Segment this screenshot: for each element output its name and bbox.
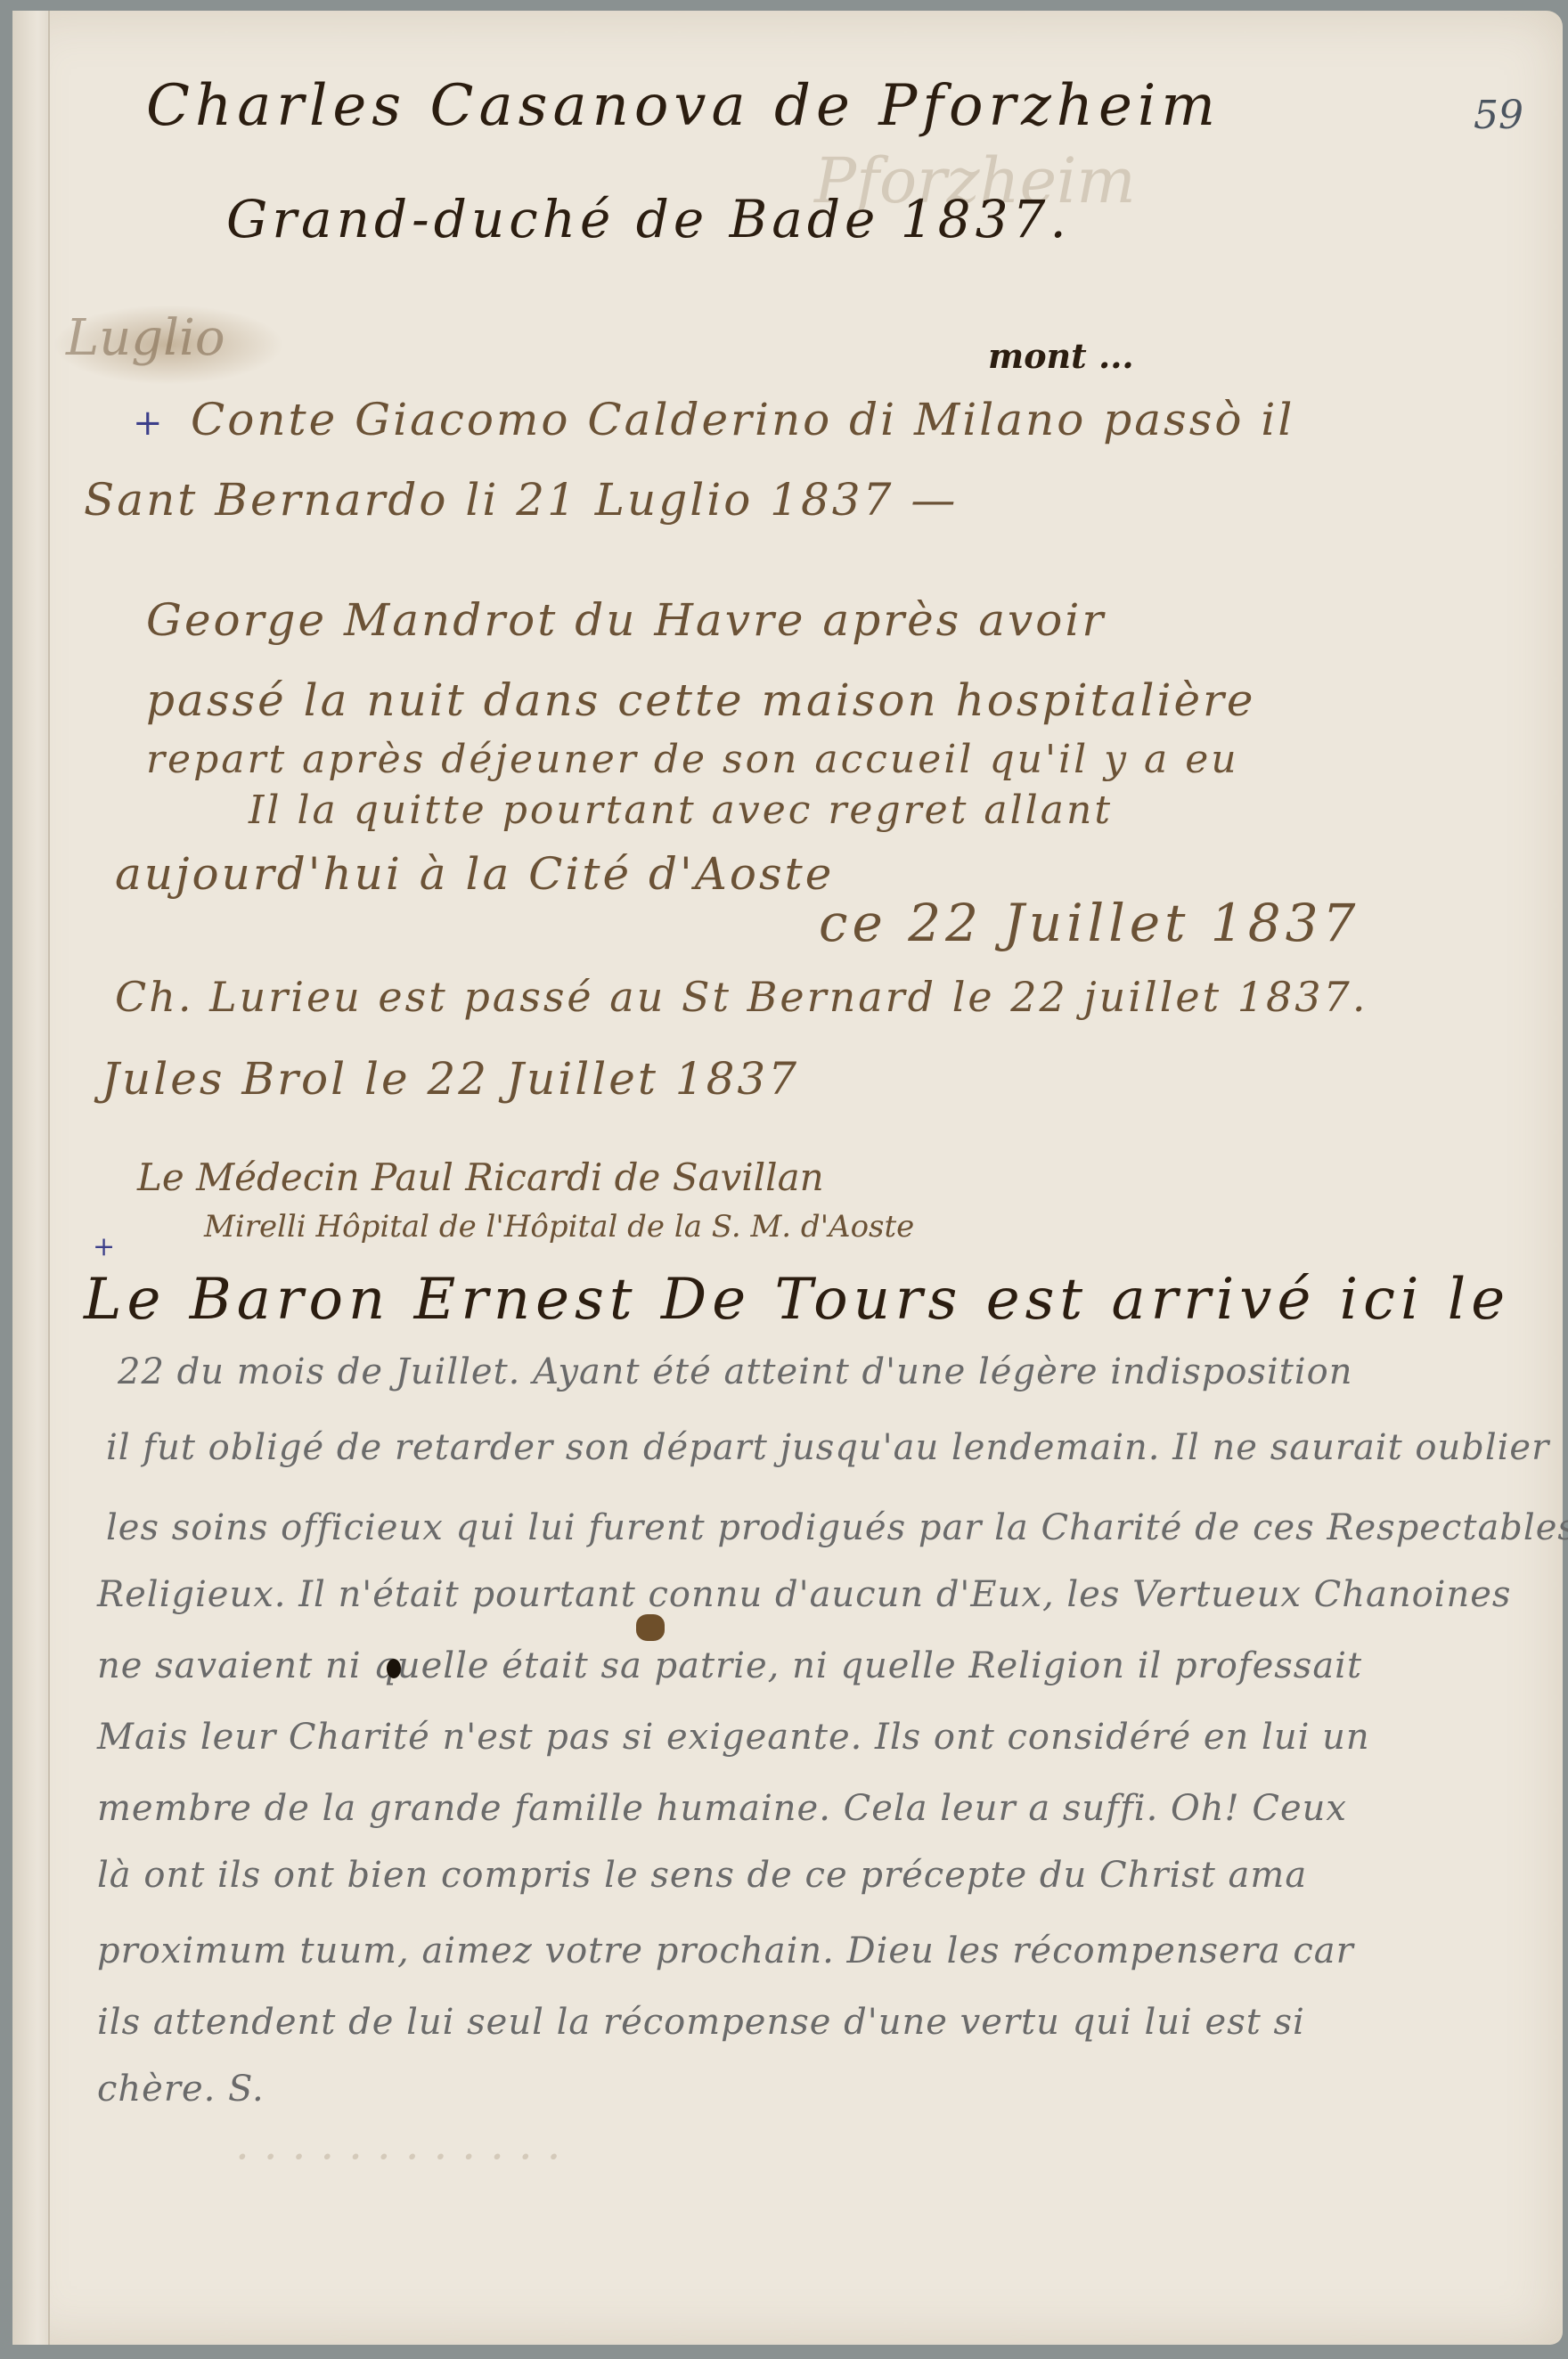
ink-blot — [387, 1659, 401, 1678]
entry-line: ne savaient ni quelle était sa patrie, n… — [97, 1645, 1362, 1686]
entry-line: Mirelli Hôpital de l'Hôpital de la S. M.… — [204, 1209, 914, 1245]
entry-line: il fut obligé de retarder son départ jus… — [106, 1427, 1549, 1468]
entry-line: Mais leur Charité n'est pas si exigeante… — [97, 1717, 1370, 1758]
entry-line: Il la quitte pourtant avec regret allant — [249, 788, 1113, 833]
entry-line: Le Médecin Paul Ricardi de Savillan — [137, 1155, 824, 1199]
faded-heading: Luglio — [66, 309, 225, 367]
entry-line: ils attendent de lui seul la récompense … — [97, 2002, 1305, 2043]
entry-line: Ch. Lurieu est passé au St Bernard le 22… — [115, 973, 1368, 1021]
cross-marker: + — [133, 403, 163, 444]
entry-line: membre de la grande famille humaine. Cel… — [97, 1788, 1347, 1829]
manuscript-page: Pforzheim · · · · · · · · · · · · 59 Cha… — [12, 11, 1563, 2345]
entry-line: Sant Bernardo li 21 Luglio 1837 — — [84, 474, 958, 526]
entry-line: Conte Giacomo Calderino di Milano passò … — [191, 394, 1294, 445]
cross-marker: + — [93, 1231, 115, 1262]
entry-line: passé la nuit dans cette maison hospital… — [146, 674, 1256, 726]
entry-line: les soins officieux qui lui furent prodi… — [106, 1507, 1568, 1548]
bleed-through-text: · · · · · · · · · · · · — [235, 2131, 561, 2183]
entry-line: aujourd'hui à la Cité d'Aoste — [115, 848, 834, 900]
entry-line: Charles Casanova de Pforzheim — [146, 73, 1221, 139]
entry-line: proximum tuum, aimez votre prochain. Die… — [97, 1930, 1354, 1971]
entry-line: Grand-duché de Bade 1837. — [226, 189, 1071, 249]
entry-line: là ont ils ont bien compris le sens de c… — [97, 1855, 1307, 1896]
insertion-note: mont ... — [988, 336, 1134, 376]
entry-line: Religieux. Il n'était pourtant connu d'a… — [97, 1574, 1511, 1615]
entry-date: ce 22 Juillet 1837 — [819, 893, 1360, 953]
entry-line: George Mandrot du Havre après avoir — [146, 594, 1106, 646]
entry-line: 22 du mois de Juillet. Ayant été atteint… — [118, 1351, 1352, 1392]
entry-line: Jules Brol le 22 Juillet 1837 — [102, 1053, 799, 1105]
entry-line: chère. S. — [97, 2069, 265, 2110]
entry-line: repart après déjeuner de son accueil qu'… — [146, 737, 1239, 782]
page-number: 59 — [1474, 93, 1523, 138]
book-gutter — [12, 11, 50, 2345]
entry-line: Le Baron Ernest De Tours est arrivé ici … — [84, 1267, 1510, 1333]
ink-stain — [636, 1614, 665, 1641]
